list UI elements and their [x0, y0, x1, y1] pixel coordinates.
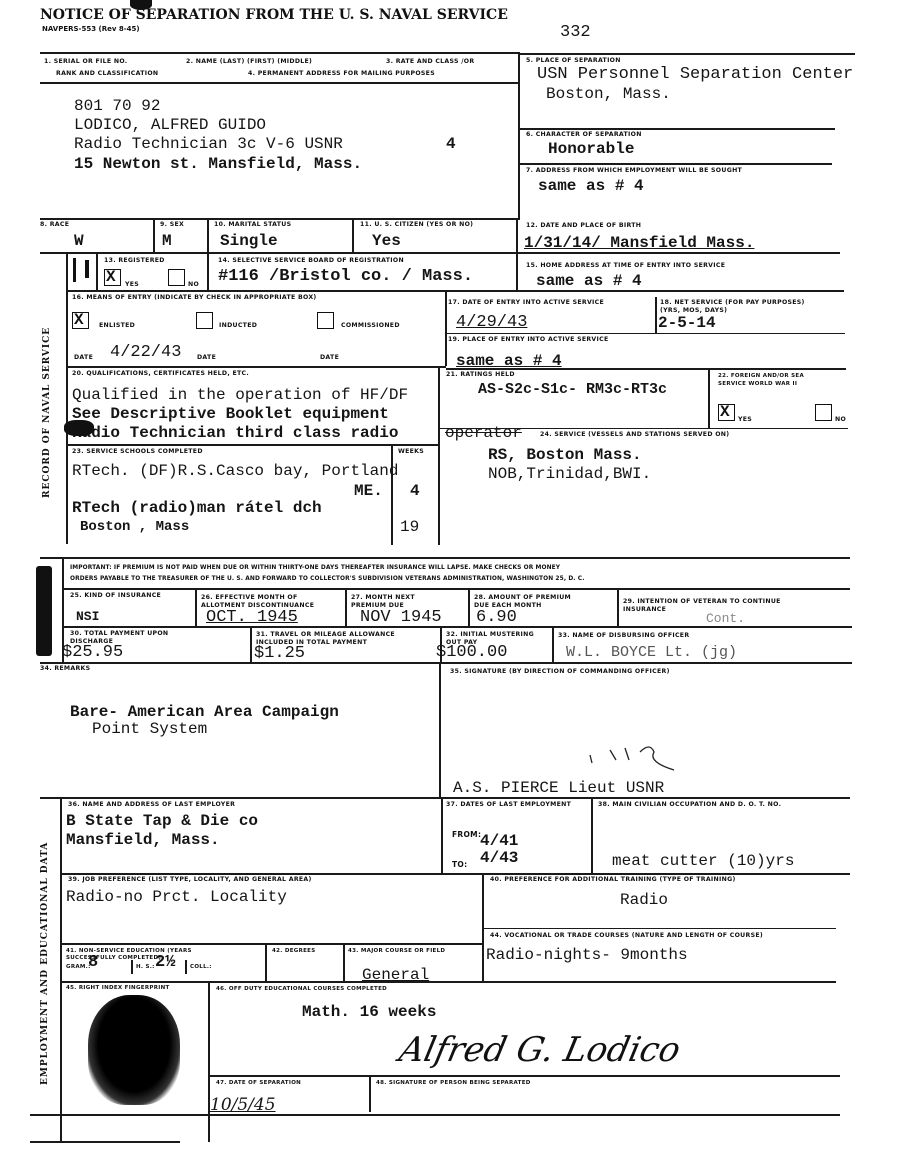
label-amount-premium-1: 28. AMOUNT OF PREMIUM: [474, 594, 571, 601]
registered-side-mark: [85, 260, 89, 278]
label-active-date: 17. DATE OF ENTRY INTO ACTIVE SERVICE: [448, 299, 604, 306]
race-value: W: [74, 232, 84, 250]
label-occupation: 38. MAIN CIVILIAN OCCUPATION AND D. O. T…: [598, 801, 781, 808]
member-signature: Alfred G. Lodico: [396, 1030, 684, 1070]
important-notice-line2: ORDERS PAYABLE TO THE TREASURER OF THE U…: [70, 576, 585, 582]
label-net-service-sub: (YRS, MOS, DAYS): [660, 307, 727, 314]
mustering-value: $100.00: [436, 644, 507, 662]
effective-month-value: OCT. 1945: [206, 609, 298, 627]
next-premium-value: NOV 1945: [360, 609, 442, 627]
label-board: 14. SELECTIVE SERVICE BOARD OF REGISTRAT…: [218, 257, 404, 264]
label-foreign-service: 22. FOREIGN AND/OR SEASERVICE WORLD WAR …: [718, 372, 804, 388]
label-commissioned: COMMISSIONED: [341, 322, 400, 329]
rate-mark: 4: [446, 135, 456, 153]
school-1-line1: RTech. (DF)R.S.Casco bay, Portland: [72, 462, 398, 480]
label-serial: 1. SERIAL OR FILE NO.: [44, 58, 127, 65]
employer-line2: Mansfield, Mass.: [66, 831, 220, 849]
form-title: NOTICE OF SEPARATION FROM THE U. S. NAVA…: [40, 7, 508, 23]
place-separation-line1: USN Personnel Separation Center: [537, 66, 853, 84]
important-notice-line1: IMPORTANT: IF PREMIUM IS NOT PAID WHEN D…: [70, 565, 560, 571]
label-birth: 12. DATE AND PLACE OF BIRTH: [526, 222, 641, 229]
employer-line1: B State Tap & Die co: [66, 812, 258, 830]
vessel-2: NOB,Trinidad,BWI.: [488, 465, 651, 483]
label-employment-address: 7. ADDRESS FROM WHICH EMPLOYMENT WILL BE…: [526, 167, 742, 174]
kind-insurance-value: NSI: [76, 608, 99, 626]
foreign-yes-checkbox[interactable]: [718, 404, 735, 421]
registered-yes-checkbox[interactable]: [104, 269, 121, 286]
label-vocational: 44. VOCATIONAL OR TRADE COURSES (NATURE …: [490, 932, 763, 939]
label-offduty: 46. OFF DUTY EDUCATIONAL COURSES COMPLET…: [216, 986, 387, 992]
net-service-value: 2-5-14: [658, 314, 716, 332]
ink-blot: [130, 0, 152, 10]
label-from: FROM:: [452, 830, 481, 839]
label-weeks: WEEKS: [398, 448, 424, 455]
citizen-value: Yes: [372, 232, 401, 250]
occupation-value: meat cutter (10)yrs: [612, 852, 794, 870]
active-date-value: 4/29/43: [456, 314, 527, 332]
school-2-line1: RTech (radio)man rátel dch: [72, 499, 322, 517]
school-1-line2: ME.: [354, 482, 383, 500]
total-payment-value: $25.95: [62, 644, 123, 662]
label-registered-no: NO: [188, 281, 199, 288]
school-2-weeks: 19: [400, 518, 419, 536]
label-home-address: 15. HOME ADDRESS AT TIME OF ENTRY INTO S…: [526, 262, 725, 269]
hs-value: 2½: [155, 954, 175, 972]
label-to: TO:: [452, 860, 467, 869]
label-employer: 36. NAME AND ADDRESS OF LAST EMPLOYER: [68, 801, 235, 808]
registered-side-mark: [73, 258, 76, 282]
foreign-no-checkbox[interactable]: [815, 404, 832, 421]
disbursing-officer-value: W.L. BOYCE Lt. (jg): [566, 644, 737, 662]
label-gram: GRAM.:: [66, 964, 91, 970]
gram-value: 8: [88, 954, 98, 972]
sex-value: M: [162, 232, 172, 250]
label-total-payment-1: 30. TOTAL PAYMENT UPON: [70, 630, 168, 637]
label-address: 4. PERMANENT ADDRESS FOR MAILING PURPOSE…: [248, 70, 435, 77]
enlisted-date-value: 4/22/43: [110, 344, 181, 362]
qualification-line-3: Radio Technician third class radio: [72, 424, 398, 442]
label-sep-date: 47. DATE OF SEPARATION: [216, 1080, 301, 1086]
amount-premium-value: 6.90: [476, 609, 517, 627]
label-signature: 48. SIGNATURE OF PERSON BEING SEPARATED: [376, 1080, 531, 1086]
label-major: 43. MAJOR COURSE OR FIELD: [348, 948, 445, 954]
inducted-checkbox[interactable]: [196, 312, 213, 329]
label-additional-training: 40. PREFERENCE FOR ADDITIONAL TRAINING (…: [490, 876, 736, 883]
offduty-value: Math. 16 weeks: [302, 1003, 436, 1021]
label-registered-yes: YES: [125, 281, 139, 288]
fingerprint-image: [88, 995, 180, 1105]
qualification-line-1: Qualified in the operation of HF/DF: [72, 386, 408, 404]
side-label-naval-service: RECORD OF NAVAL SERVICE: [42, 327, 52, 498]
home-address-value: same as # 4: [536, 272, 642, 290]
label-net-service: 18. NET SERVICE (FOR PAY PURPOSES): [660, 299, 805, 306]
label-job-preference: 39. JOB PREFERENCE (LIST TYPE, LOCALITY,…: [68, 876, 312, 883]
label-foreign-no: NO: [835, 416, 846, 423]
board-value: #116 /Bristol co. / Mass.: [218, 268, 473, 286]
co-name: A.S. PIERCE Lieut USNR: [453, 779, 664, 797]
label-foreign-yes: YES: [738, 416, 752, 423]
label-co-signature: 35. SIGNATURE (BY DIRECTION OF COMMANDIN…: [450, 668, 670, 675]
serial-number: 801 70 92: [74, 97, 160, 115]
label-kind-insurance: 25. KIND OF INSURANCE: [70, 592, 161, 599]
ink-smudge: [64, 420, 94, 436]
registered-no-checkbox[interactable]: [168, 269, 185, 286]
label-disbursing-officer: 33. NAME OF DISBURSING OFFICER: [558, 632, 689, 639]
label-enlisted: ENLISTED: [99, 322, 135, 329]
qualification-line-2: See Descriptive Booklet equipment: [72, 405, 389, 423]
label-education-2: SUCCESSFULLY COMPLETED): [66, 955, 161, 961]
from-value: 4/41: [480, 832, 518, 850]
label-remarks: 34. REMARKS: [40, 665, 90, 672]
rate-class: Radio Technician 3c V-6 USNR: [74, 135, 343, 153]
remarks-line1: Bare- American Area Campaign: [70, 703, 339, 721]
enlisted-checkbox[interactable]: [72, 312, 89, 329]
label-schools: 23. SERVICE SCHOOLS COMPLETED: [72, 448, 203, 455]
marital-value: Single: [220, 232, 278, 250]
label-fingerprint: 45. RIGHT INDEX FINGERPRINT: [66, 985, 170, 991]
label-vessels: 24. SERVICE (VESSELS AND STATIONS SERVED…: [540, 431, 729, 438]
place-separation-line2: Boston, Mass.: [546, 85, 671, 103]
label-qualifications: 20. QUALIFICATIONS, CERTIFICATES HELD, E…: [72, 370, 249, 377]
label-hs: H. S.:: [136, 964, 155, 970]
label-character: 6. CHARACTER OF SEPARATION: [526, 131, 642, 138]
label-rate: 3. RATE AND CLASS /OR: [386, 58, 474, 65]
sep-date-value: 10/5/45: [210, 1096, 276, 1114]
label-ratings: 21. RATINGS HELD: [446, 371, 515, 378]
travel-value: $1.25: [254, 645, 305, 663]
label-inducted: INDUCTED: [219, 322, 257, 329]
label-degrees: 42. DEGREES: [272, 948, 316, 954]
to-value: 4/43: [480, 849, 518, 867]
commissioned-checkbox[interactable]: [317, 312, 334, 329]
label-place-entry: 19. PLACE OF ENTRY INTO ACTIVE SERVICE: [448, 336, 608, 343]
member-name: LODICO, ALFRED GUIDO: [74, 116, 266, 134]
label-intention-1: 29. INTENTION OF VETERAN TO CONTINUE: [623, 598, 781, 605]
label-citizen: 11. U. S. CITIZEN (YES OR NO): [360, 221, 473, 228]
page-number: 332: [560, 24, 591, 42]
job-preference-value: Radio-no Prct. Locality: [66, 888, 287, 906]
vessel-1: RS, Boston Mass.: [488, 446, 642, 464]
character-value: Honorable: [548, 140, 634, 158]
label-dates-employment: 37. DATES OF LAST EMPLOYMENT: [446, 801, 571, 808]
permanent-address: 15 Newton st. Mansfield, Mass.: [74, 155, 362, 173]
remarks-line2: Point System: [92, 720, 207, 738]
label-registered: 13. REGISTERED: [104, 257, 165, 264]
additional-training-value: Radio: [620, 891, 668, 909]
label-inducted-date: DATE: [197, 354, 216, 361]
school-1-weeks: 4: [410, 482, 420, 500]
insurance-side-label: [36, 566, 52, 656]
label-rank: RANK AND CLASSIFICATION: [56, 70, 158, 77]
vocational-value: Radio-nights- 9months: [486, 946, 688, 964]
label-race: 8. RACE: [40, 221, 69, 228]
label-next-premium-1: 27. MONTH NEXT: [351, 594, 415, 601]
qualification-line-3-cont: operator: [445, 424, 522, 442]
co-signature-scribble: [580, 730, 700, 780]
label-mustering-1: 32. INITIAL MUSTERING: [446, 631, 534, 638]
label-coll: COLL.:: [190, 964, 212, 970]
label-enlisted-date: DATE: [74, 354, 93, 361]
label-effective-month-1: 26. EFFECTIVE MONTH OF: [201, 594, 298, 601]
label-place-separation: 5. PLACE OF SEPARATION: [526, 57, 621, 64]
ratings-value: AS-S2c-S1c- RM3c-RT3c: [478, 381, 667, 399]
side-label-employment: EMPLOYMENT AND EDUCATIONAL DATA: [40, 842, 50, 1085]
employment-address-value: same as # 4: [538, 177, 644, 195]
label-intention-2: INSURANCE: [623, 606, 666, 613]
label-commissioned-date: DATE: [320, 354, 339, 361]
label-means-entry: 16. MEANS OF ENTRY (INDICATE BY CHECK IN…: [72, 294, 317, 301]
form-number: NAVPERS-553 (Rev 8-45): [42, 25, 140, 33]
school-2-line2: Boston , Mass: [80, 518, 189, 536]
label-sex: 9. SEX: [160, 221, 184, 228]
label-marital: 10. MARITAL STATUS: [214, 221, 291, 228]
birth-value: 1/31/14/ Mansfield Mass.: [524, 234, 754, 252]
label-travel-1: 31. TRAVEL OR MILEAGE ALLOWANCE: [256, 631, 395, 638]
label-name: 2. NAME (LAST) (FIRST) (MIDDLE): [186, 58, 312, 65]
